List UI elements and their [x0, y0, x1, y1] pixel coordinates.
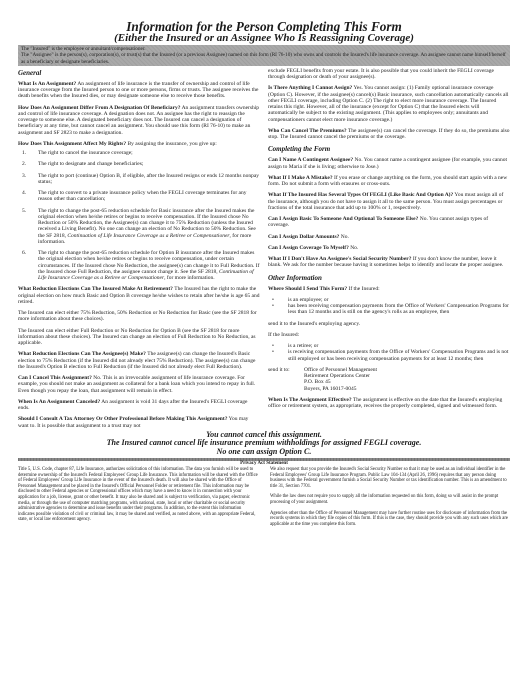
- faq-no-ssn: What If I Don't Have An Assignee's Socia…: [268, 256, 510, 269]
- faq-tax-attorney: Should I Consult A Tax Attorney Or Other…: [18, 416, 260, 429]
- faq-basic-optional: Can I Assign Basic To Someone And Option…: [268, 216, 510, 229]
- faq-where-send: Where Should I Send This Form? If the In…: [268, 286, 510, 292]
- faq-differ-designation: How Does An Assignment Differ From A Des…: [18, 105, 260, 136]
- faq-contingent-assignee: Can I Name A Contingent Assignee? No. Yo…: [268, 157, 510, 170]
- rights-item: 3.The right to port (continue) Option B,…: [18, 173, 260, 186]
- rights-item: 4.The right to convert to a private insu…: [18, 190, 260, 203]
- rights-item: 6.The right to change the post-65 reduct…: [18, 250, 260, 281]
- answer: By assigning the insurance, you give up:: [127, 141, 216, 147]
- if-insured-label: If the Insured:: [268, 332, 510, 338]
- send-to-agency: send it to the Insured's employing agenc…: [268, 321, 510, 327]
- section-heading-general: General: [18, 69, 260, 77]
- question: What If I Make A Mistake?: [268, 175, 333, 181]
- faq-reduction-elections: What Reduction Elections Can The Insured…: [18, 286, 260, 305]
- faq-effective-date: When Is The Assignment Effective? The as…: [268, 397, 510, 410]
- answer: Yes. You cannot assign: (1) Family optio…: [268, 85, 508, 122]
- definitions-box: The "Insured" is the employee or annuita…: [18, 45, 510, 66]
- faq-dollar-amounts: Can I Assign Dollar Amounts? No.: [268, 234, 510, 240]
- section-heading-other: Other Information: [268, 274, 510, 282]
- faq-mistake: What If I Make A Mistake? If you erase o…: [268, 175, 510, 188]
- two-column-body: General What Is An Assignment? An assign…: [18, 68, 510, 429]
- answer: No.: [341, 234, 349, 240]
- faq-when-canceled: When Is An Assignment Canceled? An assig…: [18, 399, 260, 412]
- question: What If The Insured Has Several Types Of…: [268, 192, 453, 198]
- question: How Does An Assignment Differ From A Des…: [18, 105, 181, 111]
- privacy-right-column: We also request that you provide the Ins…: [270, 467, 510, 532]
- faq-assignee-reductions: What Reduction Elections Can The Assigne…: [18, 351, 260, 370]
- right-column: exclude FEGLI benefits from your estate.…: [268, 68, 510, 429]
- document-page: Information for the Person Completing Th…: [18, 20, 510, 532]
- address-lines: Office of Personnel Management Retiremen…: [304, 367, 377, 392]
- continued-text: exclude FEGLI benefits from your estate.…: [268, 68, 510, 81]
- rights-list: 1.The right to cancel the insurance cove…: [18, 150, 260, 281]
- question: Where Should I Send This Form?: [268, 286, 347, 292]
- faq-cannot-assign: Is There Anything I Cannot Assign? Yes. …: [268, 85, 510, 123]
- left-column: General What Is An Assignment? An assign…: [18, 68, 260, 429]
- question: When Is The Assignment Effective?: [268, 397, 352, 403]
- question: Can I Assign Coverage To Myself?: [268, 245, 349, 251]
- assignee-definition: The "Assignee" is the person(s), corpora…: [21, 52, 507, 65]
- question: Should I Consult A Tax Attorney Or Other…: [18, 416, 227, 422]
- question: What Reduction Elections Can The Assigne…: [18, 351, 146, 357]
- reduction-basic-paragraph: The Insured can elect either 75% Reducti…: [18, 310, 260, 323]
- send-to-label: send it to:: [268, 367, 304, 392]
- question: Can I Assign Dollar Amounts?: [268, 234, 339, 240]
- question: Can I Assign Basic To Someone And Option…: [268, 216, 418, 222]
- retiree-conditions-list: •is a retiree; or •is receiving compensa…: [268, 343, 510, 362]
- section-heading-completing: Completing the Form: [268, 145, 510, 153]
- question: Is There Anything I Cannot Assign?: [268, 85, 352, 91]
- rights-item: 5.The right to change the post-65 reduct…: [18, 208, 260, 246]
- question: Can I Name A Contingent Assignee?: [268, 157, 353, 163]
- employee-conditions-list: •is an employee; or •has been receiving …: [268, 297, 510, 316]
- list-item: •has been receiving compensation payment…: [268, 303, 510, 316]
- privacy-left-column: Title 5, U.S. Code, chapter 87, Life Ins…: [18, 467, 258, 532]
- question: Who Can Cancel The Premiums?: [268, 128, 347, 134]
- faq-affect-rights: How Does This Assignment Affect My Right…: [18, 141, 260, 147]
- question: What Is An Assignment?: [18, 81, 76, 87]
- question: What Reduction Elections Can The Insured…: [18, 286, 173, 292]
- answer: If the Insured:: [348, 286, 379, 292]
- rights-item: 2.The right to designate and change bene…: [18, 161, 260, 167]
- mailing-address-block: send it to: Office of Personnel Manageme…: [268, 367, 510, 392]
- faq-several-types: What If The Insured Has Several Types Of…: [268, 192, 510, 211]
- faq-assign-myself: Can I Assign Coverage To Myself? No.: [268, 245, 510, 251]
- faq-cancel-assignment: Can I Cancel This Assignment? No. This i…: [18, 375, 260, 394]
- faq-what-is-assignment: What Is An Assignment? An assignment of …: [18, 81, 260, 100]
- warning-notice: You cannot cancel this assignment. The I…: [18, 431, 510, 456]
- rights-item: 1.The right to cancel the insurance cove…: [18, 150, 260, 156]
- answer: No.: [350, 245, 358, 251]
- bullet-icon: •: [268, 303, 288, 316]
- bullet-icon: •: [268, 349, 288, 362]
- question: How Does This Assignment Affect My Right…: [18, 141, 126, 147]
- privacy-act-statement: Title 5, U.S. Code, chapter 87, Life Ins…: [18, 467, 510, 532]
- page-subtitle: (Either the Insured or an Assignee Who I…: [18, 33, 510, 44]
- list-item: •is receiving compensation payments from…: [268, 349, 510, 362]
- reduction-option-b-paragraph: The Insured can elect either Full Reduct…: [18, 328, 260, 347]
- faq-cancel-premiums: Who Can Cancel The Premiums? The assigne…: [268, 128, 510, 141]
- question: When Is An Assignment Canceled?: [18, 399, 100, 405]
